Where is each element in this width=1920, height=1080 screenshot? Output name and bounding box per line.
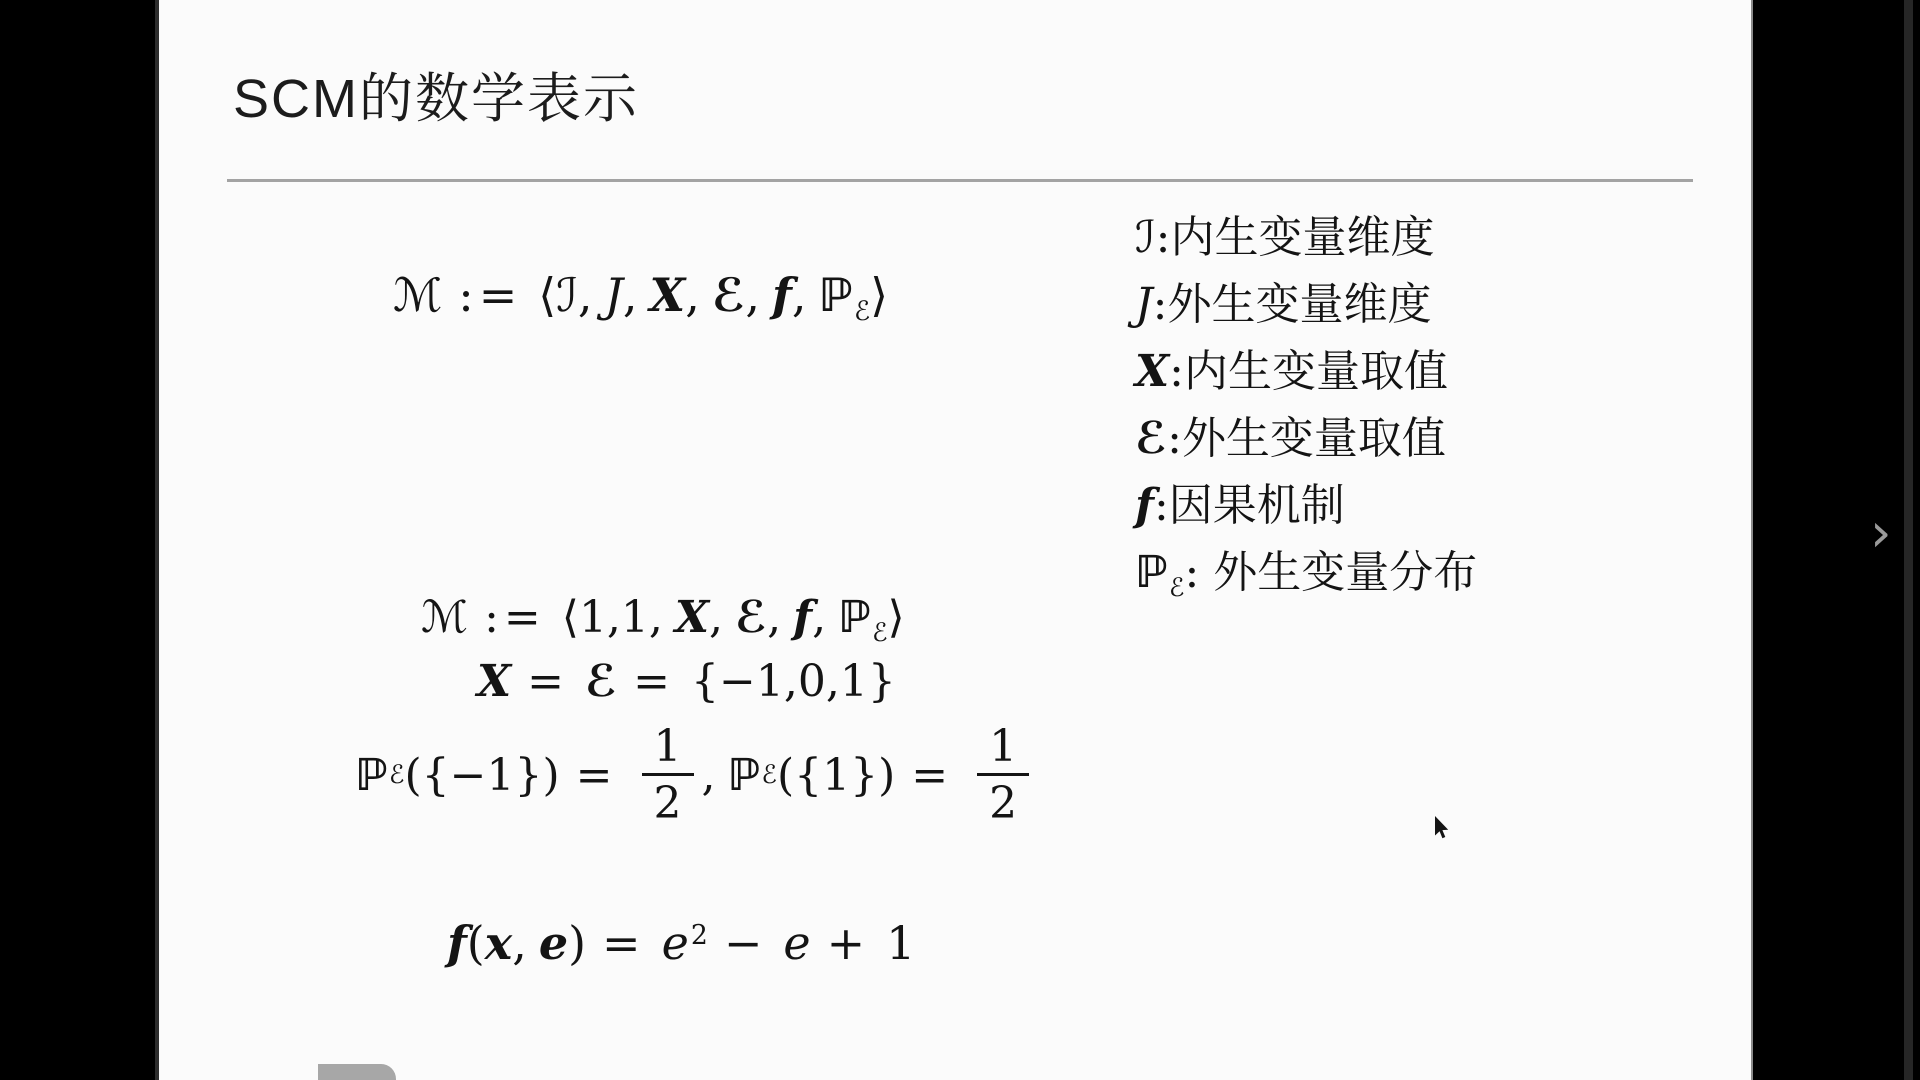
math-argument: ({1})	[777, 750, 895, 801]
langle: ⟨	[562, 592, 579, 643]
equals: =	[576, 750, 618, 801]
title-divider	[227, 179, 1693, 182]
math-symbol-P: ℙ	[818, 268, 853, 322]
legend-item-causal-mechanism: f:因果机制	[1135, 472, 1477, 539]
fraction-denominator: 2	[989, 776, 1017, 828]
comma: ,	[623, 268, 638, 322]
legend-colon: :	[1153, 279, 1168, 330]
math-symbol-f: f	[772, 268, 792, 322]
math-symbol-P: ℙ	[838, 592, 871, 643]
comma: ,	[685, 268, 700, 322]
comma: ,	[512, 916, 527, 970]
math-set: {−1,0,1}	[691, 656, 896, 707]
legend-colon: :	[1156, 212, 1171, 263]
legend-colon: :	[1154, 480, 1169, 531]
legend-item-exogenous-values: ℰ:外生变量取值	[1135, 405, 1477, 472]
fraction-numerator: 1	[642, 722, 694, 776]
legend-colon: :	[1167, 413, 1182, 464]
comma: ,	[792, 268, 807, 322]
comma: ,	[578, 268, 593, 322]
legend-label: 外生变量维度	[1167, 279, 1431, 330]
comma: ,	[767, 592, 781, 643]
fraction-numerator: 1	[977, 722, 1029, 776]
comma: ,	[702, 750, 716, 801]
legend-symbol: ℙ	[1135, 547, 1168, 598]
equals: =	[527, 656, 569, 707]
window-edge-strip	[1904, 0, 1913, 1080]
math-subscript-E: ℰ	[854, 296, 870, 327]
legend-label: 外生变量取值	[1182, 413, 1446, 464]
symbol-legend: ℐ:内生变量维度 J:外生变量维度 X:内生变量取值 ℰ:外生变量取值 f:因果…	[1135, 204, 1477, 606]
legend-symbol: J	[1135, 279, 1153, 330]
math-symbol-X: X	[477, 656, 511, 707]
math-symbol-M: ℳ	[421, 592, 468, 643]
comma: ,	[709, 592, 723, 643]
math-defeq: :=	[458, 268, 522, 322]
math-symbol-P: ℙ	[728, 750, 761, 801]
math-argument: ({−1})	[404, 750, 559, 801]
comma: ,	[745, 268, 760, 322]
equals: =	[633, 656, 675, 707]
paren-close: )	[568, 916, 586, 970]
rangle: ⟩	[888, 592, 905, 643]
legend-item-exogenous-distribution: ℙℰ: 外生变量分布	[1135, 539, 1477, 606]
legend-item-endogenous-values: X:内生变量取值	[1135, 338, 1477, 405]
math-symbol-I: ℐ	[556, 268, 578, 322]
langle: ⟨	[538, 268, 556, 322]
math-symbol-J: J	[604, 268, 622, 322]
formula-scm-definition: ℳ:=⟨ℐ,J,X,ℰ,f,ℙℰ⟩	[393, 268, 888, 327]
math-subscript-E: ℰ	[762, 760, 777, 790]
minus: −	[724, 916, 768, 970]
math-symbol-E: ℰ	[712, 268, 746, 322]
video-frame: SCM的数学表示 ℳ:=⟨ℐ,J,X,ℰ,f,ℙℰ⟩ ℳ:=⟨1,1,X,ℰ,f…	[0, 0, 1920, 1080]
comma: ,	[812, 592, 826, 643]
math-symbol-e: e	[539, 916, 568, 970]
math-symbol-M: ℳ	[393, 268, 442, 322]
legend-colon: :	[1184, 547, 1213, 598]
math-number-1: 1	[886, 916, 915, 970]
formula-domain: X=ℰ={−1,0,1}	[477, 656, 896, 707]
legend-colon: :	[1169, 346, 1184, 397]
math-symbol-E: ℰ	[735, 592, 767, 643]
plus: +	[827, 916, 871, 970]
mouse-cursor-icon	[1434, 816, 1450, 840]
math-symbol-f: f	[793, 592, 812, 643]
formula-scm-instance: ℳ:=⟨1,1,X,ℰ,f,ℙℰ⟩	[421, 592, 905, 648]
math-subscript-E: ℰ	[389, 760, 404, 790]
math-symbol-e: e	[662, 916, 689, 970]
legend-symbol: f	[1135, 480, 1154, 531]
math-subscript-E: ℰ	[872, 618, 887, 648]
legend-label: 内生变量维度	[1171, 212, 1435, 263]
math-superscript-2: 2	[691, 920, 708, 951]
math-symbol-x: x	[485, 916, 512, 970]
math-symbol-X: X	[650, 268, 686, 322]
legend-item-exogenous-dim: J:外生变量维度	[1135, 271, 1477, 338]
equals: =	[911, 750, 953, 801]
legend-item-endogenous-dim: ℐ:内生变量维度	[1135, 204, 1477, 271]
legend-symbol: X	[1135, 346, 1169, 397]
paren-open: (	[467, 916, 485, 970]
legend-symbol: ℰ	[1135, 413, 1167, 464]
equals: =	[602, 916, 646, 970]
rangle: ⟩	[870, 268, 888, 322]
math-defeq: :=	[484, 592, 546, 643]
fraction-one-half: 12	[642, 722, 694, 829]
math-symbol-E: ℰ	[585, 656, 617, 707]
legend-symbol-subscript: ℰ	[1169, 573, 1184, 603]
fraction-one-half: 12	[977, 722, 1029, 829]
legend-symbol: ℐ	[1135, 212, 1156, 263]
math-dims: 1,1,	[579, 592, 663, 643]
math-symbol-f: f	[447, 916, 467, 970]
math-symbol-P: ℙ	[355, 750, 388, 801]
formula-mechanism: f(x,e)=e2−e+1	[447, 916, 915, 970]
player-overlay-corner	[318, 1064, 396, 1080]
slide-title: SCM的数学表示	[233, 56, 639, 133]
fraction-denominator: 2	[654, 776, 682, 828]
slide-canvas: SCM的数学表示 ℳ:=⟨ℐ,J,X,ℰ,f,ℙℰ⟩ ℳ:=⟨1,1,X,ℰ,f…	[155, 0, 1753, 1080]
legend-label: 因果机制	[1169, 480, 1345, 531]
legend-label: 外生变量分布	[1213, 547, 1477, 598]
math-symbol-X: X	[675, 592, 709, 643]
next-slide-chevron-icon[interactable]: ›	[1870, 506, 1892, 560]
legend-label: 内生变量取值	[1184, 346, 1448, 397]
formula-probability: ℙℰ({−1})=12,ℙℰ({1})=12	[355, 722, 1037, 829]
math-symbol-e: e	[783, 916, 810, 970]
